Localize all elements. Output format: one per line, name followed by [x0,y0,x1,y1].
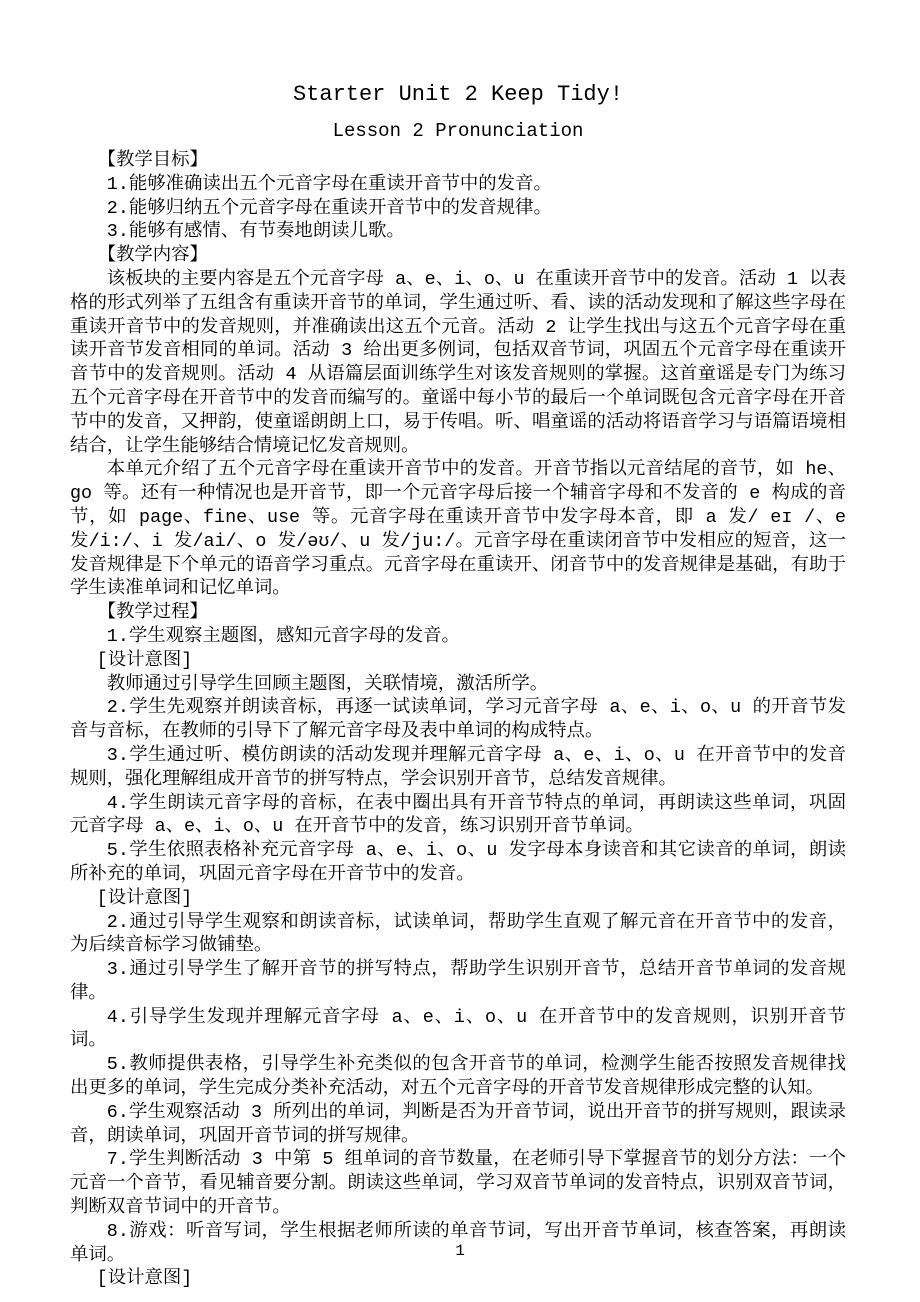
paragraph: 2.学生先观察并朗读音标，再逐一试读单词，学习元音字母 a、e、i、o、u 的开… [70,696,846,744]
paragraph: 4.学生朗读元音字母的音标，在表中圈出具有开音节特点的单词，再朗读这些单词，巩固… [70,792,846,840]
paragraph: 3.能够有感情、有节奏地朗读儿歌。 [70,220,846,244]
section-heading: 【教学目标】 [70,149,846,173]
paragraph: 1.学生观察主题图，感知元音字母的发音。 [70,625,846,649]
paragraph: 5.学生依照表格补充元音字母 a、e、i、o、u 发字母本身读音和其它读音的单词… [70,839,846,887]
paragraph: 1.能够准确读出五个元音字母在重读开音节中的发音。 [70,173,846,197]
paragraph: 6.学生观察活动 3 所列出的单词，判断是否为开音节词，说出开音节的拼写规则，跟… [70,1101,846,1149]
design-intent-label: [设计意图] [70,649,846,673]
paragraph: 该板块的主要内容是五个元音字母 a、e、i、o、u 在重读开音节中的发音。活动 … [70,268,846,458]
paragraph: 3.通过引导学生了解开音节的拼写特点，帮助学生识别开音节，总结开音节单词的发音规… [70,958,846,1006]
paragraph: 7.学生判断活动 3 中第 5 组单词的音节数量，在老师引导下掌握音节的划分方法… [70,1148,846,1219]
paragraph: 5.教师提供表格，引导学生补充类似的包含开音节的单词，检测学生能否按照发音规律找… [70,1053,846,1101]
paragraph: 4.引导学生发现并理解元音字母 a、e、i、o、u 在开音节中的发音规则，识别开… [70,1006,846,1054]
page-number: 1 [0,1240,920,1262]
document-body: 【教学目标】1.能够准确读出五个元音字母在重读开音节中的发音。2.能够归纳五个元… [70,149,846,1291]
paragraph: 本单元介绍了五个元音字母在重读开音节中的发音。开音节指以元音结尾的音节，如 he… [70,458,846,601]
paragraph: 2.能够归纳五个元音字母在重读开音节中的发音规律。 [70,197,846,221]
document-content: Starter Unit 2 Keep Tidy! Lesson 2 Pronu… [70,80,846,1291]
section-heading: 【教学内容】 [70,244,846,268]
paragraph: 2.通过引导学生观察和朗读音标，试读单词，帮助学生直观了解元音在开音节中的发音，… [70,911,846,959]
section-heading: 【教学过程】 [70,601,846,625]
design-intent-label: [设计意图] [70,887,846,911]
document-subtitle: Lesson 2 Pronunciation [70,118,846,145]
document-page: Starter Unit 2 Keep Tidy! Lesson 2 Pronu… [0,0,920,1302]
design-intent-label: [设计意图] [70,1267,846,1291]
document-title: Starter Unit 2 Keep Tidy! [70,80,846,110]
paragraph: 教师通过引导学生回顾主题图，关联情境，激活所学。 [70,673,846,697]
paragraph: 3.学生通过听、模仿朗读的活动发现并理解元音字母 a、e、i、o、u 在开音节中… [70,744,846,792]
